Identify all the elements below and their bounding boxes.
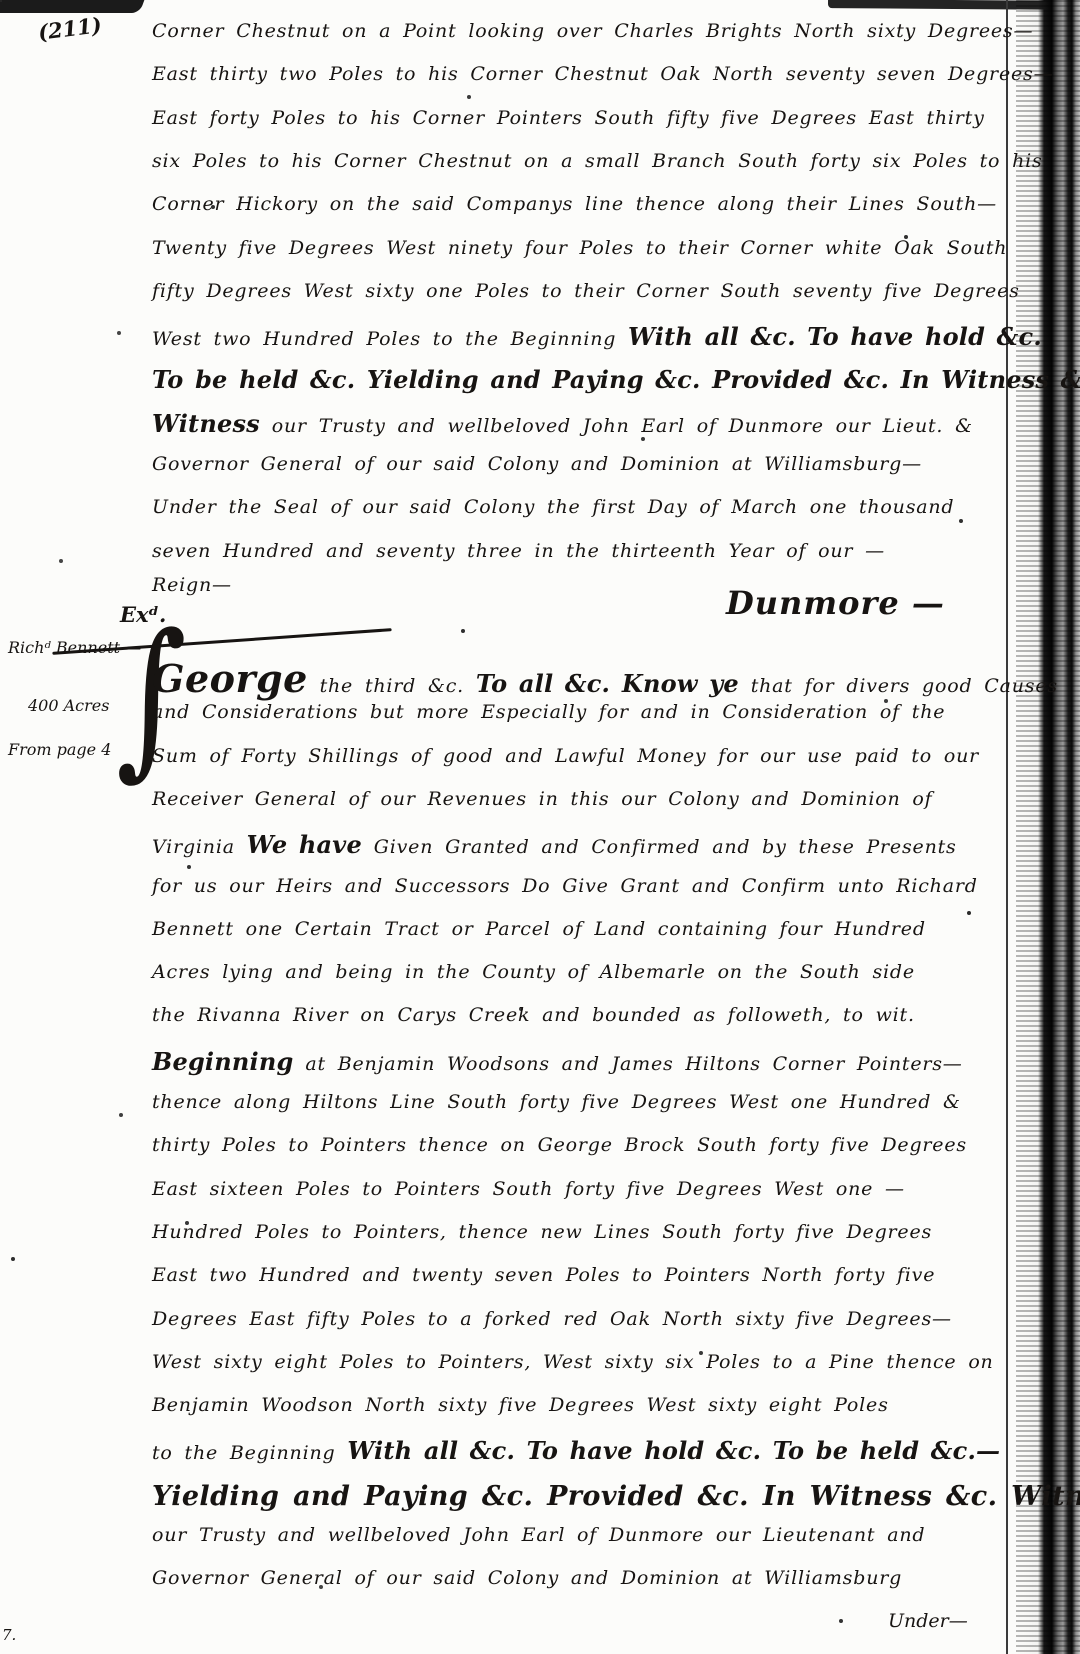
text-segment: Yielding and Paying &c. Provided &c. In …	[152, 1481, 1080, 1512]
text-segment: Under the Seal of our said Colony the fi…	[152, 496, 954, 518]
scan-speckles	[0, 0, 2, 2]
text-segment: With all &c. To have hold &c.	[628, 322, 1042, 351]
manuscript-line: Virginia We have Given Granted and Confi…	[152, 833, 957, 857]
margin-note-acreage: 400 Acres	[28, 696, 109, 715]
text-segment: With all &c. To have hold &c. To be held…	[347, 1436, 1000, 1465]
text-segment: Sum of Forty Shillings of good and Lawfu…	[152, 745, 979, 767]
manuscript-line: to the Beginning With all &c. To have ho…	[152, 1439, 1000, 1463]
manuscript-line: seven Hundred and seventy three in the t…	[152, 542, 885, 561]
stray-mark: 7.	[2, 1626, 16, 1644]
page-number: (211)	[37, 12, 103, 45]
scanned-deed-page: { "page": { "number": "(211)", "reign_li…	[0, 0, 1080, 1654]
text-segment: the third &c.	[308, 675, 476, 697]
text-segment: Governor General of our said Colony and …	[152, 1567, 902, 1589]
text-segment: To all &c.	[476, 669, 610, 698]
text-segment: Degrees East fifty Poles to a forked red…	[152, 1308, 952, 1330]
scan-smudge-top-left	[0, 0, 144, 13]
text-segment: Acres lying and being in the County of A…	[152, 961, 915, 983]
manuscript-line: Governor General of our said Colony and …	[152, 1569, 902, 1588]
dunmore-signature: Dunmore —	[726, 584, 945, 622]
text-segment: Bennett one Certain Tract or Parcel of L…	[152, 918, 926, 940]
manuscript-line: Receiver General of our Revenues in this…	[152, 790, 932, 809]
manuscript-line: East thirty two Poles to his Corner Ches…	[152, 65, 1053, 84]
reign-line: Reign—	[152, 576, 232, 595]
manuscript-line: Twenty five Degrees West ninety four Pol…	[152, 239, 1007, 258]
manuscript-line: Benjamin Woodson North sixty five Degree…	[152, 1396, 889, 1415]
text-segment: our Trusty and wellbeloved John Earl of …	[260, 415, 973, 437]
manuscript-line: the Rivanna River on Carys Creek and bou…	[152, 1006, 915, 1025]
margin-note-source: From page 4	[8, 740, 111, 759]
text-segment: East thirty two Poles to his Corner Ches…	[152, 63, 1053, 85]
manuscript-line: and Considerations but more Especially f…	[152, 703, 945, 722]
text-segment: Know ye	[622, 669, 739, 698]
manuscript-line: Under the Seal of our said Colony the fi…	[152, 498, 954, 517]
text-segment: Witness	[152, 409, 260, 438]
text-segment: West sixty eight Poles to Pointers, West…	[152, 1351, 994, 1373]
manuscript-line: Beginning at Benjamin Woodsons and James…	[152, 1050, 963, 1074]
text-segment: Governor General of our said Colony and …	[152, 453, 922, 475]
manuscript-line: Degrees East fifty Poles to a forked red…	[152, 1310, 952, 1329]
text-segment: Twenty five Degrees West ninety four Pol…	[152, 237, 1007, 259]
book-binding-edge	[1016, 0, 1080, 1654]
text-segment: at Benjamin Woodsons and James Hiltons C…	[294, 1053, 963, 1075]
text-segment: West two Hundred Poles to the Beginning	[152, 328, 628, 350]
text-segment: and Considerations but more Especially f…	[152, 701, 945, 723]
manuscript-line: Yielding and Paying &c. Provided &c. In …	[152, 1483, 1080, 1510]
text-segment: fifty Degrees West sixty one Poles to th…	[152, 280, 1020, 302]
manuscript-line: East forty Poles to his Corner Pointers …	[152, 109, 985, 128]
text-segment: thence along Hiltons Line South forty fi…	[152, 1091, 961, 1113]
text-segment: Given Granted and Confirmed and by these…	[362, 836, 957, 858]
text-segment: Receiver General of our Revenues in this…	[152, 788, 932, 810]
text-segment: thirty Poles to Pointers thence on Georg…	[152, 1134, 967, 1156]
text-segment: our Trusty and wellbeloved John Earl of …	[152, 1524, 925, 1546]
text-segment: Reign—	[152, 574, 232, 596]
manuscript-line: Hundred Poles to Pointers, thence new Li…	[152, 1223, 932, 1242]
text-segment: Beginning	[152, 1047, 294, 1076]
manuscript-line: To be held &c. Yielding and Paying &c. P…	[152, 368, 1080, 392]
text-segment: East two Hundred and twenty seven Poles …	[152, 1264, 935, 1286]
manuscript-line: six Poles to his Corner Chestnut on a sm…	[152, 152, 1043, 171]
text-segment: Hundred Poles to Pointers, thence new Li…	[152, 1221, 932, 1243]
manuscript-line: West sixty eight Poles to Pointers, West…	[152, 1353, 994, 1372]
manuscript-line: Witness our Trusty and wellbeloved John …	[152, 412, 973, 436]
manuscript-line: Acres lying and being in the County of A…	[152, 963, 915, 982]
text-segment	[610, 675, 622, 697]
manuscript-line: Corner Hickory on the said Companys line…	[152, 195, 997, 214]
text-segment: six Poles to his Corner Chestnut on a sm…	[152, 150, 1043, 172]
text-segment: We have	[247, 830, 362, 859]
text-segment: for us our Heirs and Successors Do Give …	[152, 875, 978, 897]
text-segment: Benjamin Woodson North sixty five Degree…	[152, 1394, 889, 1416]
manuscript-line: East sixteen Poles to Pointers South for…	[152, 1180, 905, 1199]
text-segment: that for divers good Causes	[739, 675, 1058, 697]
text-segment: George	[152, 656, 308, 701]
manuscript-line: our Trusty and wellbeloved John Earl of …	[152, 1526, 925, 1545]
catchword: Under—	[888, 1610, 968, 1632]
manuscript-line: fifty Degrees West sixty one Poles to th…	[152, 282, 1020, 301]
manuscript-line: George the third &c. To all &c. Know ye …	[152, 660, 1058, 698]
manuscript-line: thence along Hiltons Line South forty fi…	[152, 1093, 961, 1112]
text-segment: To be held &c. Yielding and Paying &c. P…	[152, 365, 1080, 394]
manuscript-line: West two Hundred Poles to the Beginning …	[152, 325, 1042, 349]
text-segment: East sixteen Poles to Pointers South for…	[152, 1178, 905, 1200]
manuscript-line: Corner Chestnut on a Point looking over …	[152, 22, 1033, 41]
manuscript-line: thirty Poles to Pointers thence on Georg…	[152, 1136, 967, 1155]
text-segment: seven Hundred and seventy three in the t…	[152, 540, 885, 562]
text-segment: the Rivanna River on Carys Creek and bou…	[152, 1004, 915, 1026]
manuscript-line: East two Hundred and twenty seven Poles …	[152, 1266, 935, 1285]
text-segment: East forty Poles to his Corner Pointers …	[152, 107, 985, 129]
manuscript-line: for us our Heirs and Successors Do Give …	[152, 877, 978, 896]
examined-mark: Exᵈ.	[120, 602, 166, 627]
text-segment: Corner Hickory on the said Companys line…	[152, 193, 997, 215]
manuscript-line: Governor General of our said Colony and …	[152, 455, 922, 474]
manuscript-line: Sum of Forty Shillings of good and Lawfu…	[152, 747, 979, 766]
text-segment: Virginia	[152, 836, 247, 858]
text-segment: Corner Chestnut on a Point looking over …	[152, 20, 1033, 42]
manuscript-line: Bennett one Certain Tract or Parcel of L…	[152, 920, 926, 939]
text-segment: to the Beginning	[152, 1442, 347, 1464]
